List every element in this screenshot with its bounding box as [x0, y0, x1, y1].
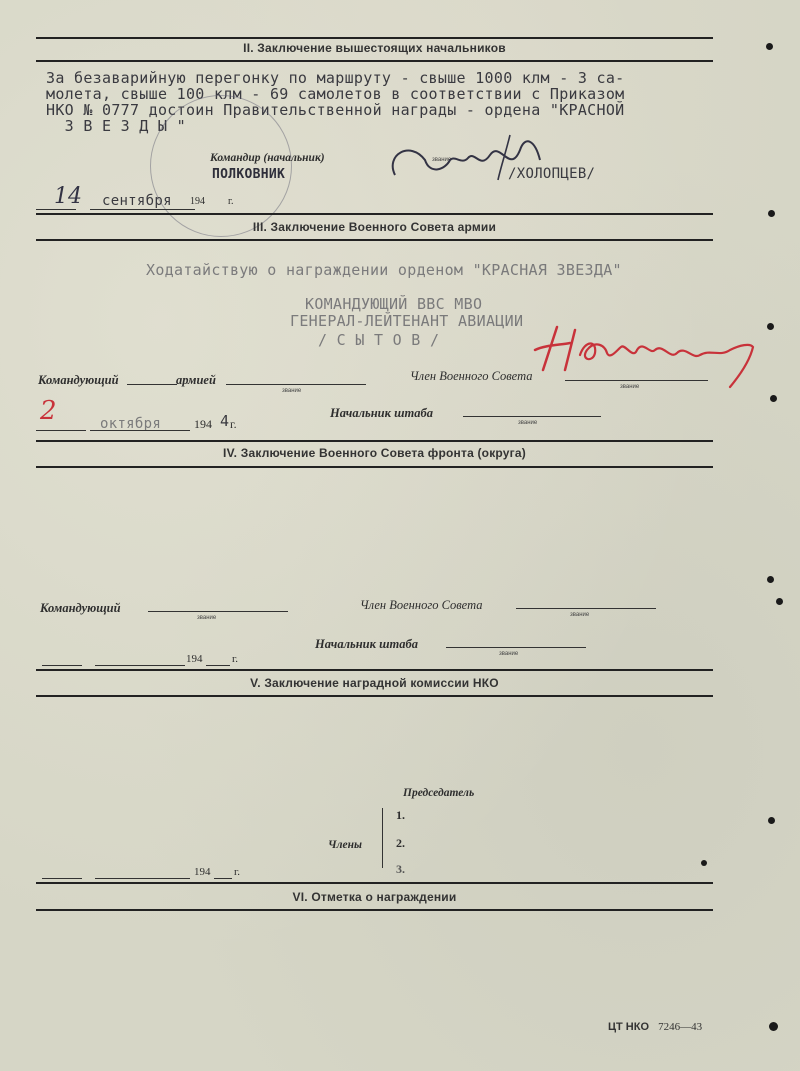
- member-2: 2.: [396, 836, 405, 851]
- signature-line: [565, 380, 708, 381]
- signer-name: / С Ы Т О В /: [318, 332, 439, 349]
- signature-line: [463, 416, 601, 417]
- army-label: армией: [176, 373, 216, 388]
- rank-caption: звание: [570, 612, 589, 618]
- signature: [380, 130, 550, 190]
- members-label: Члены: [328, 839, 362, 851]
- chief-of-staff-label: Начальник штаба: [330, 406, 433, 421]
- date-suffix: г.: [228, 196, 233, 207]
- date-underline: [90, 430, 190, 431]
- commander-label: Командующий: [38, 373, 119, 388]
- rank-typed: ПОЛКОВНИК: [212, 166, 285, 183]
- date-underline: [36, 209, 76, 210]
- date-underline: [206, 665, 230, 666]
- date-underline: [42, 878, 82, 879]
- member-label: Член Военного Совета: [360, 598, 483, 613]
- signature-line: [127, 384, 177, 385]
- punch-hole: [766, 43, 773, 50]
- punch-hole: [768, 210, 775, 217]
- red-signature: [525, 315, 770, 395]
- date-underline: [95, 665, 185, 666]
- petition-text: Ходатайствую о награждении орденом "КРАС…: [146, 262, 622, 279]
- punch-hole: [769, 1022, 778, 1031]
- member-1: 1.: [396, 808, 405, 823]
- divider: [36, 669, 713, 671]
- signature-line: [516, 608, 656, 609]
- date-year: 194: [194, 866, 211, 878]
- date-suffix: г.: [234, 866, 240, 878]
- member-label: Член Военного Совета: [410, 369, 533, 384]
- chairman-label: Председатель: [403, 787, 474, 799]
- date-year: 194: [194, 417, 212, 432]
- divider: [36, 37, 713, 39]
- divider: [36, 909, 713, 911]
- date-underline: [36, 430, 86, 431]
- date-day: 2: [40, 396, 57, 426]
- signer-title-1: КОМАНДУЮЩИЙ ВВС МВО: [305, 296, 482, 313]
- date-suffix: г.: [230, 417, 237, 432]
- commander-label: Командующий: [40, 601, 121, 616]
- members-brace: [382, 808, 383, 868]
- date-year: 194: [186, 653, 203, 665]
- punch-hole: [776, 598, 783, 605]
- divider: [36, 882, 713, 884]
- section-3-title: III. Заключение Военного Совета армии: [36, 220, 713, 234]
- date-underline: [95, 878, 190, 879]
- divider: [36, 60, 713, 62]
- form-number: 7246—43: [658, 1021, 702, 1033]
- section-6-title: VI. Отметка о награждении: [36, 890, 713, 904]
- form-code-prefix: ЦТ НКО: [608, 1021, 649, 1033]
- signer-title-2: ГЕНЕРАЛ-ЛЕЙТЕНАНТ АВИАЦИИ: [290, 313, 523, 330]
- divider: [36, 440, 713, 442]
- punch-hole: [768, 817, 775, 824]
- punch-hole: [701, 860, 707, 866]
- rank-caption: звание: [620, 384, 639, 390]
- rank-caption: звание: [499, 651, 518, 657]
- date-month: сентября: [102, 193, 172, 210]
- date-underline: [214, 878, 232, 879]
- signature-line: [446, 647, 586, 648]
- punch-hole: [770, 395, 777, 402]
- date-underline: [42, 665, 82, 666]
- signature-line: [226, 384, 366, 385]
- divider: [36, 239, 713, 241]
- chief-of-staff-label: Начальник штаба: [315, 637, 418, 652]
- punch-hole: [767, 576, 774, 583]
- divider: [36, 466, 713, 468]
- divider: [36, 695, 713, 697]
- date-underline: [90, 209, 195, 210]
- rank-caption: звание: [282, 388, 301, 394]
- commander-label: Командир (начальник): [210, 152, 325, 164]
- date-year: 194: [190, 196, 205, 207]
- date-day: 14: [54, 184, 82, 209]
- divider: [36, 213, 713, 215]
- date-year-digit: 4: [220, 413, 229, 430]
- section-4-title: IV. Заключение Военного Совета фронта (о…: [36, 446, 713, 460]
- date-suffix: г.: [232, 653, 238, 665]
- rank-caption: звание: [197, 615, 216, 621]
- form-code: ЦТ НКО 7246—43: [608, 1021, 702, 1033]
- section-2-title: II. Заключение вышестоящих начальников: [36, 41, 713, 55]
- section-5-title: V. Заключение наградной комиссии НКО: [36, 676, 713, 690]
- rank-caption: звание: [518, 420, 537, 426]
- member-3: 3.: [396, 862, 405, 877]
- signature-line: [148, 611, 288, 612]
